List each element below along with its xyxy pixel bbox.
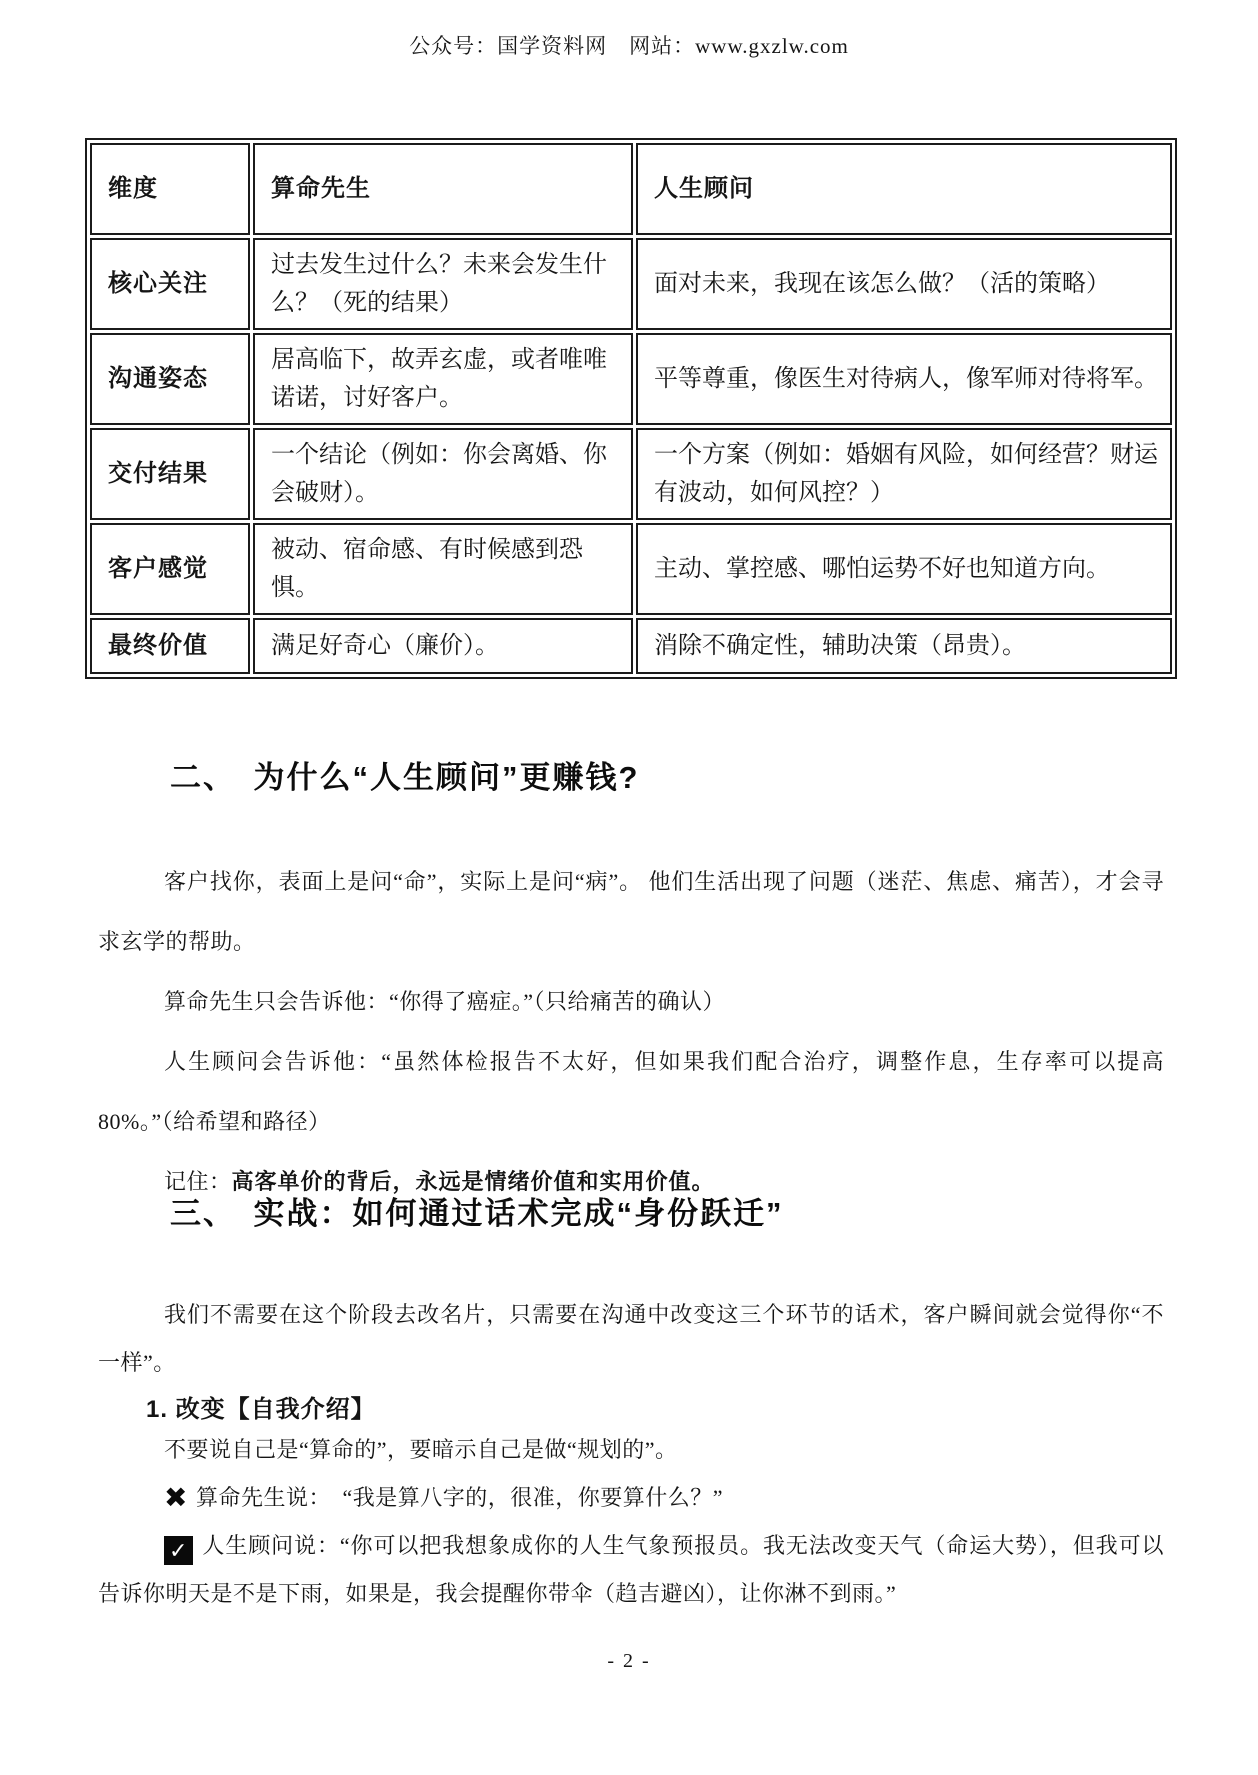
row-dimension-label: 交付结果 <box>90 428 250 520</box>
paragraph-dont-say: 不要说自己是“算命的”，要暗示自己是做“规划的”。 <box>98 1426 1164 1474</box>
right-example-text: 人生顾问说：“你可以把我想象成你的人生气象预报员。我无法改变天气（命运大势），但… <box>98 1533 1164 1606</box>
document-page: 公众号：国学资料网 网站：www.gxzlw.com 维度 算命先生 人生顾问 … <box>0 0 1258 1775</box>
paragraph-right-example: ✓人生顾问说：“你可以把我想象成你的人生气象预报员。我无法改变天气（命运大势），… <box>98 1522 1164 1618</box>
paragraph-identity-shift: 我们不需要在这个阶段去改名片，只需要在沟通中改变这三个环节的话术，客户瞬间就会觉… <box>98 1291 1164 1387</box>
page-header: 公众号：国学资料网 网站：www.gxzlw.com <box>0 30 1258 60</box>
table-header-row: 维度 算命先生 人生顾问 <box>90 143 1172 235</box>
paragraph-customer-problem: 客户找你，表面上是问“命”，实际上是问“病”。 他们生活出现了问题（迷茫、焦虑、… <box>98 852 1164 972</box>
table-header-life-consultant: 人生顾问 <box>636 143 1172 235</box>
table-row: 交付结果 一个结论（例如：你会离婚、你会破财）。 一个方案（例如：婚姻有风险，如… <box>90 428 1172 520</box>
table-row: 客户感觉 被动、宿命感、有时候感到恐惧。 主动、掌控感、哪怕运势不好也知道方向。 <box>90 523 1172 615</box>
row-dimension-label: 核心关注 <box>90 238 250 330</box>
cross-icon: ✖ <box>164 1481 188 1514</box>
table-row: 沟通姿态 居高临下，故弄玄虚，或者唯唯诺诺，讨好客户。 平等尊重，像医生对待病人… <box>90 333 1172 425</box>
wrong-example-text: 算命先生说： “我是算八字的，很准，你要算什么？” <box>196 1485 723 1510</box>
row-dimension-label: 客户感觉 <box>90 523 250 615</box>
table-row: 核心关注 过去发生过什么？未来会发生什么？（死的结果） 面对未来，我现在该怎么做… <box>90 238 1172 330</box>
section-heading-2: 二、 为什么“人生顾问”更赚钱? <box>170 752 639 797</box>
row-life-consultant-cell: 面对未来，我现在该怎么做？（活的策略） <box>636 238 1172 330</box>
row-fortune-teller-cell: 过去发生过什么？未来会发生什么？（死的结果） <box>253 238 633 330</box>
checkbox-checked-icon: ✓ <box>164 1536 193 1565</box>
row-life-consultant-cell: 消除不确定性，辅助决策（昂贵）。 <box>636 618 1172 674</box>
table-header-fortune-teller: 算命先生 <box>253 143 633 235</box>
row-dimension-label: 最终价值 <box>90 618 250 674</box>
row-fortune-teller-cell: 居高临下，故弄玄虚，或者唯唯诺诺，讨好客户。 <box>253 333 633 425</box>
paragraph-life-consultant-says: 人生顾问会告诉他：“虽然体检报告不太好，但如果我们配合治疗，调整作息，生存率可以… <box>98 1032 1164 1152</box>
row-fortune-teller-cell: 满足好奇心（廉价）。 <box>253 618 633 674</box>
row-fortune-teller-cell: 被动、宿命感、有时候感到恐惧。 <box>253 523 633 615</box>
row-fortune-teller-cell: 一个结论（例如：你会离婚、你会破财）。 <box>253 428 633 520</box>
row-life-consultant-cell: 一个方案（例如：婚姻有风险，如何经营？财运有波动，如何风控？） <box>636 428 1172 520</box>
page-number: - 2 - <box>0 1650 1258 1673</box>
row-life-consultant-cell: 平等尊重，像医生对待病人，像军师对待将军。 <box>636 333 1172 425</box>
paragraph-wrong-example: ✖算命先生说： “我是算八字的，很准，你要算什么？” <box>98 1474 1164 1522</box>
paragraph-fortune-teller-says: 算命先生只会告诉他：“你得了癌症。”（只给痛苦的确认） <box>98 972 1164 1032</box>
row-life-consultant-cell: 主动、掌控感、哪怕运势不好也知道方向。 <box>636 523 1172 615</box>
table-row: 最终价值 满足好奇心（廉价）。 消除不确定性，辅助决策（昂贵）。 <box>90 618 1172 674</box>
section-heading-3: 三、 实战：如何通过话术完成“身份跃迁” <box>170 1188 784 1233</box>
check-icon: ✓ <box>169 1539 188 1564</box>
comparison-table: 维度 算命先生 人生顾问 核心关注 过去发生过什么？未来会发生什么？（死的结果）… <box>85 138 1177 679</box>
table-header-dimension: 维度 <box>90 143 250 235</box>
row-dimension-label: 沟通姿态 <box>90 333 250 425</box>
